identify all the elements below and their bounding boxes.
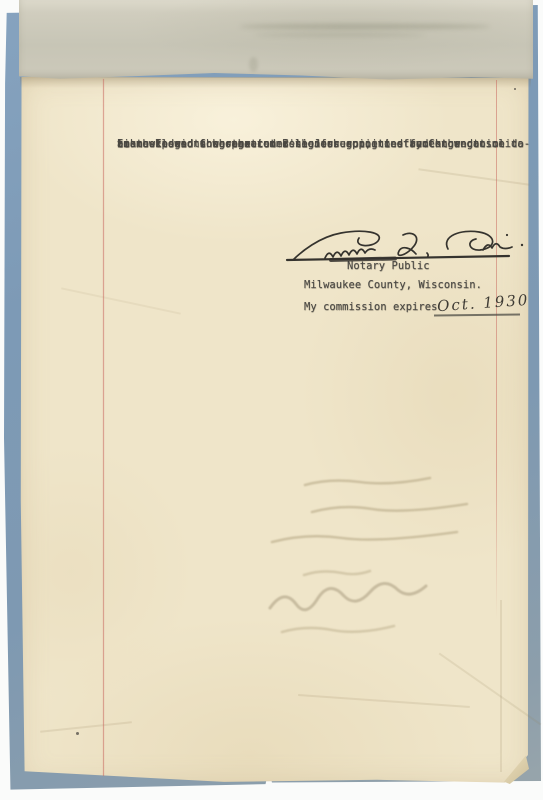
bleedthrough-smudge <box>240 24 490 29</box>
bleedthrough-smudge <box>249 57 258 72</box>
notary-location: Milwaukee County, Wisconsin. <box>304 279 482 291</box>
margin-line-right <box>496 80 497 620</box>
document-page <box>20 77 530 784</box>
bleedthrough-ghost-text <box>240 460 500 660</box>
margin-line-left <box>103 79 104 776</box>
notary-signature <box>283 222 533 268</box>
paragraph-line: acknowledged the same. <box>117 133 257 155</box>
commission-label: My commission expires <box>304 301 437 313</box>
top-page-strip <box>19 0 533 82</box>
ink-speck <box>76 732 79 735</box>
ink-speck <box>514 88 516 90</box>
top-strip-shadow <box>20 77 531 88</box>
bleedthrough-smudge <box>255 33 425 37</box>
signature-line <box>287 256 509 260</box>
paper-crease <box>500 600 502 772</box>
scanned-document: to me known to be the commissioners appo… <box>0 0 543 800</box>
